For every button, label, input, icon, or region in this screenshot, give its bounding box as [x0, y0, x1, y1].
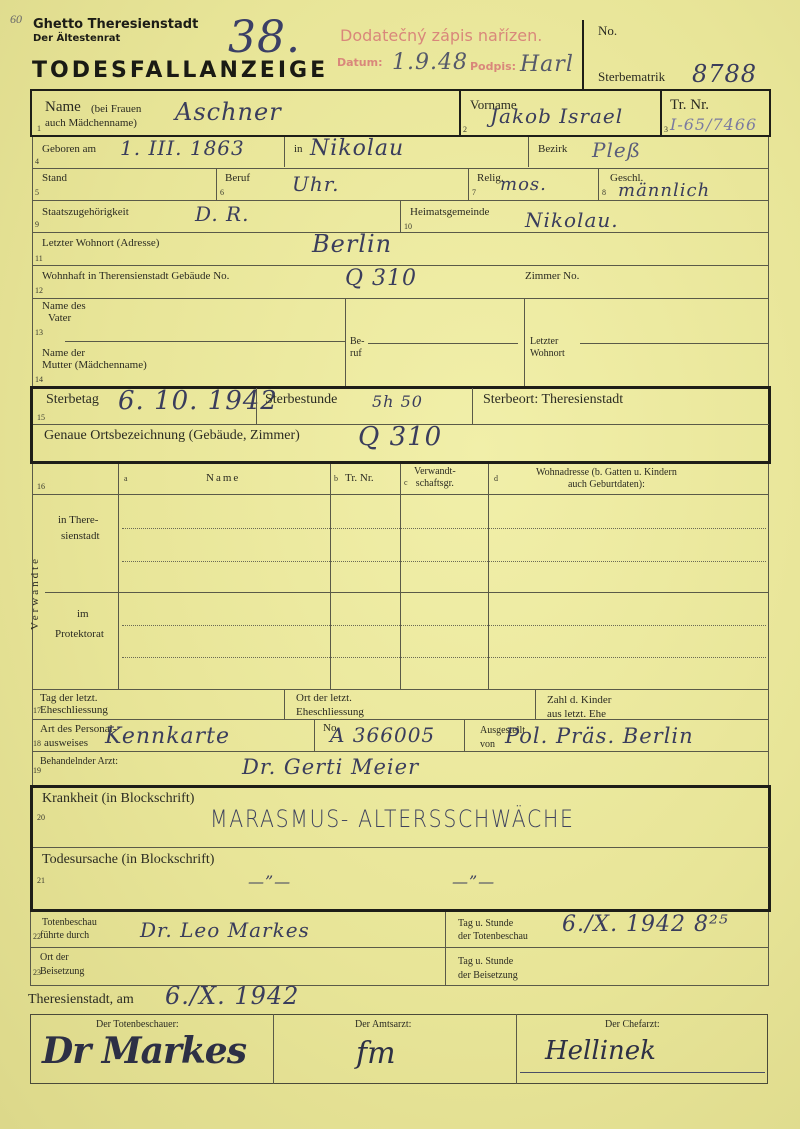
beruf-line — [368, 343, 518, 344]
row-divider — [32, 232, 768, 233]
form-left-border — [30, 912, 31, 986]
totenbeschau-tag-value[interactable]: 6./X. 1942 8²⁵ — [562, 912, 729, 937]
signature-flourish — [520, 1072, 765, 1073]
field-number: 16 — [37, 482, 45, 491]
tr-nr-value[interactable]: I-65/7466 — [670, 115, 757, 134]
todesursache-ditto-2[interactable]: —”— — [452, 872, 495, 891]
geboren-value[interactable]: 1. III. 1863 — [120, 136, 245, 160]
table-row-line — [122, 657, 766, 658]
form-left-border — [32, 137, 33, 387]
sterbematrik-label: Sterbematrik — [598, 70, 665, 84]
sterbeort-label: Sterbeort: Theresienstadt — [483, 393, 623, 407]
handwritten-number: 38. — [228, 12, 301, 63]
field-number: 10 — [404, 222, 412, 231]
divider — [598, 168, 599, 200]
beisetzung-tag-label-2: der Beisetzung — [458, 970, 518, 982]
sterbetag-label: Sterbetag — [46, 393, 99, 407]
marriage-tag-label-2: Eheschliessung — [40, 704, 108, 716]
krankheit-label: Krankheit (in Blockschrift) — [42, 792, 194, 806]
totenbeschau-value[interactable]: Dr. Leo Markes — [140, 918, 310, 942]
group-theresienstadt-label-2: sienstadt — [61, 530, 100, 542]
signature-totenbeschauer[interactable]: Dr Markes — [42, 1030, 246, 1072]
row-divider — [30, 985, 768, 986]
totenbeschau-label-2: führte durch — [40, 930, 89, 942]
geboren-label: Geboren am — [42, 143, 96, 155]
org-name: Ghetto Theresienstadt — [33, 17, 198, 32]
form-right-border — [768, 464, 769, 689]
place-date-value[interactable]: 6./X. 1942 — [165, 982, 299, 1010]
divider — [660, 89, 662, 137]
field-number: 14 — [35, 375, 43, 384]
stamp-datum-label: Datum: — [337, 56, 383, 69]
ausweis-label-2: ausweises — [44, 737, 88, 749]
col-header-trnr: Tr. Nr. — [345, 472, 374, 484]
divider — [528, 137, 529, 167]
field-number: 5 — [35, 188, 39, 197]
row-divider — [32, 168, 768, 169]
death-certificate-form: 60 Ghetto Theresienstadt Der Ältestenrat… — [0, 0, 800, 1129]
stamp-podpis-label: Podpis: — [470, 60, 516, 73]
col-divider — [118, 464, 119, 689]
col-divider — [488, 464, 489, 689]
col-divider — [400, 464, 401, 689]
name-label-sub1: (bei Frauen — [91, 103, 141, 115]
relatives-side-label: Verwandte — [29, 556, 41, 630]
sterbetag-value[interactable]: 6. 10. 1942 — [118, 386, 278, 416]
field-number: 15 — [37, 413, 45, 422]
col-divider — [330, 464, 331, 689]
group-protektorat-label: im — [77, 608, 89, 620]
marriage-ort-label: Ort der letzt. — [296, 692, 352, 704]
name-value[interactable]: Aschner — [175, 98, 282, 126]
field-number: 23 — [33, 968, 41, 977]
field-number: 4 — [35, 157, 39, 166]
form-right-border — [768, 689, 769, 785]
col-letter: a — [124, 474, 128, 483]
arzt-label: Behandelnder Arzt: — [40, 756, 118, 768]
row-divider — [32, 719, 768, 720]
divider — [314, 719, 315, 751]
staats-value[interactable]: D. R. — [195, 202, 249, 226]
sterbestunde-label: Sterbestunde — [265, 393, 337, 407]
kinder-label: Zahl d. Kinder — [547, 694, 611, 706]
marriage-ort-label-2: Eheschliessung — [296, 706, 364, 718]
ortsbezeichnung-label: Genaue Ortsbezeichnung (Gebäude, Zimmer) — [44, 429, 300, 443]
form-right-border — [768, 912, 769, 986]
arzt-value[interactable]: Dr. Gerti Meier — [242, 755, 419, 779]
vorname-value[interactable]: Jakob Israel — [490, 104, 623, 128]
table-row-line — [122, 561, 766, 562]
ortsbezeichnung-value[interactable]: Q 310 — [358, 422, 442, 452]
geboren-in-value[interactable]: Nikolau — [310, 136, 404, 161]
name-label: Name — [45, 100, 81, 114]
ausgestellt-label-2: von — [480, 739, 495, 751]
field-number: 2 — [463, 125, 467, 134]
col-letter: b — [334, 474, 338, 483]
totenbeschau-tag-label: Tag u. Stunde — [458, 918, 513, 930]
marriage-tag-label: Tag der letzt. — [40, 692, 98, 704]
geschl-value[interactable]: männlich — [618, 180, 710, 201]
field-number: 9 — [35, 220, 39, 229]
no-label: No. — [598, 24, 617, 38]
wohnhaft-value[interactable]: Q 310 — [345, 266, 417, 291]
field-number: 20 — [37, 813, 45, 822]
stamp-datum-value: 1.9.48 — [392, 50, 468, 75]
table-row-line — [122, 625, 766, 626]
field-number: 18 — [33, 739, 41, 748]
row-divider — [33, 847, 769, 848]
staats-label: Staatszugehörigkeit — [42, 206, 129, 218]
divider — [459, 89, 461, 137]
tr-nr-label: Tr. Nr. — [670, 98, 709, 112]
divider — [273, 1014, 274, 1084]
signature-label-chefarzt: Der Chefarzt: — [605, 1019, 660, 1031]
col-header-verwandt: Verwandt- schaftsgr. — [414, 466, 456, 490]
divider — [468, 168, 469, 200]
bezirk-label: Bezirk — [538, 143, 567, 155]
divider — [472, 388, 473, 424]
eltern-wohnort-label: Letzter — [530, 336, 558, 348]
field-number: 1 — [37, 124, 41, 133]
group-theresienstadt-label: in There- — [58, 514, 98, 526]
wohnhaft-label: Wohnhaft in Therensienstadt Gebäude No. — [42, 270, 229, 282]
org-council: Der Ältestenrat — [33, 33, 120, 44]
group-protektorat-label-2: Protektorat — [55, 628, 104, 640]
row-divider — [30, 947, 768, 948]
krankheit-value[interactable]: MARASMUS- ALTERSSCHWÄCHE — [210, 805, 575, 833]
heimat-label: Heimatsgemeinde — [410, 206, 489, 218]
row-divider — [65, 341, 345, 342]
col-letter: d — [494, 474, 498, 483]
sterbestunde-value[interactable]: 5h 50 — [372, 392, 423, 411]
divider — [582, 20, 584, 90]
bezirk-value[interactable]: Pleß — [592, 138, 641, 162]
vater-label: Name des — [42, 300, 86, 312]
divider — [516, 1014, 517, 1084]
field-number: 19 — [33, 766, 41, 775]
field-number: 8 — [602, 188, 606, 197]
field-number: 7 — [472, 188, 476, 197]
zimmer-label: Zimmer No. — [525, 270, 579, 282]
ausweis-no-value[interactable]: A 366005 — [330, 723, 435, 747]
sterbematrik-value: 8788 — [692, 60, 757, 88]
place-date-label: Theresienstadt, am — [28, 993, 134, 1007]
stand-label: Stand — [42, 172, 67, 184]
field-number: 13 — [35, 328, 43, 337]
stamp-podpis-value: Harl — [520, 52, 574, 77]
divider — [464, 719, 465, 751]
divider — [256, 388, 257, 424]
group-divider — [45, 592, 768, 593]
eltern-beruf-label-2: ruf — [350, 348, 362, 360]
col-header-name: Name — [206, 472, 240, 484]
eltern-wohnort-label-2: Wohnort — [530, 348, 565, 360]
todesursache-ditto-1[interactable]: —”— — [248, 872, 291, 891]
beisetzung-ort-label: Ort der — [40, 952, 69, 964]
header-divider — [32, 494, 768, 495]
field-number: 17 — [33, 706, 41, 715]
field-number: 6 — [220, 188, 224, 197]
divider — [284, 137, 285, 167]
todesursache-label: Todesursache (in Blockschrift) — [42, 853, 214, 867]
form-right-border — [768, 137, 769, 387]
field-number: 11 — [35, 254, 43, 263]
vater-label-2: Vater — [48, 312, 71, 324]
table-row-line — [122, 528, 766, 529]
geboren-in-label: in — [294, 143, 303, 155]
ausweis-value[interactable]: Kennkarte — [105, 724, 230, 749]
field-number: 22 — [33, 932, 41, 941]
divider — [524, 298, 525, 386]
wohnort-label: Letzter Wohnort (Adresse) — [42, 237, 159, 249]
beruf-label: Beruf — [225, 172, 250, 184]
mutter-label-2: Mutter (Mädchenname) — [42, 359, 147, 371]
divider — [535, 689, 536, 719]
margin-note: 60 — [10, 12, 22, 27]
wohnort-line — [580, 343, 768, 344]
signature-label-amtsarzt: Der Amtsarzt: — [355, 1019, 411, 1031]
divider — [284, 689, 285, 719]
field-number: 12 — [35, 286, 43, 295]
col-header-wohnadresse: Wohnadresse (b. Gatten u. Kindern auch G… — [536, 467, 677, 491]
relig-value[interactable]: mos. — [500, 174, 547, 195]
beruf-value[interactable]: Uhr. — [292, 172, 339, 196]
beisetzung-ort-label-2: Beisetzung — [40, 966, 84, 978]
divider — [445, 912, 446, 986]
eltern-beruf-label: Be- — [350, 336, 364, 348]
field-number: 21 — [37, 876, 45, 885]
totenbeschau-label: Totenbeschau — [42, 917, 97, 929]
col-letter: c — [404, 478, 408, 487]
name-label-sub2: auch Mädchenname) — [45, 117, 137, 129]
signature-amtsarzt[interactable]: fm — [356, 1036, 396, 1071]
field-number: 3 — [664, 125, 668, 134]
beisetzung-tag-label: Tag u. Stunde — [458, 956, 513, 968]
divider — [216, 168, 217, 200]
signature-chefarzt[interactable]: Hellinek — [545, 1036, 656, 1066]
ausgestellt-value[interactable]: Pol. Präs. Berlin — [505, 724, 694, 748]
row-divider — [32, 751, 768, 752]
mutter-label: Name der — [42, 347, 85, 359]
heimat-value[interactable]: Nikolau. — [525, 208, 619, 232]
row-divider — [32, 298, 768, 299]
stamp-line: Dodatečný zápis nařízen. — [340, 26, 542, 45]
wohnort-value[interactable]: Berlin — [312, 230, 392, 258]
totenbeschau-tag-label-2: der Totenbeschau — [458, 931, 528, 943]
table-bottom — [32, 689, 768, 690]
divider — [345, 298, 346, 386]
divider — [400, 200, 401, 232]
